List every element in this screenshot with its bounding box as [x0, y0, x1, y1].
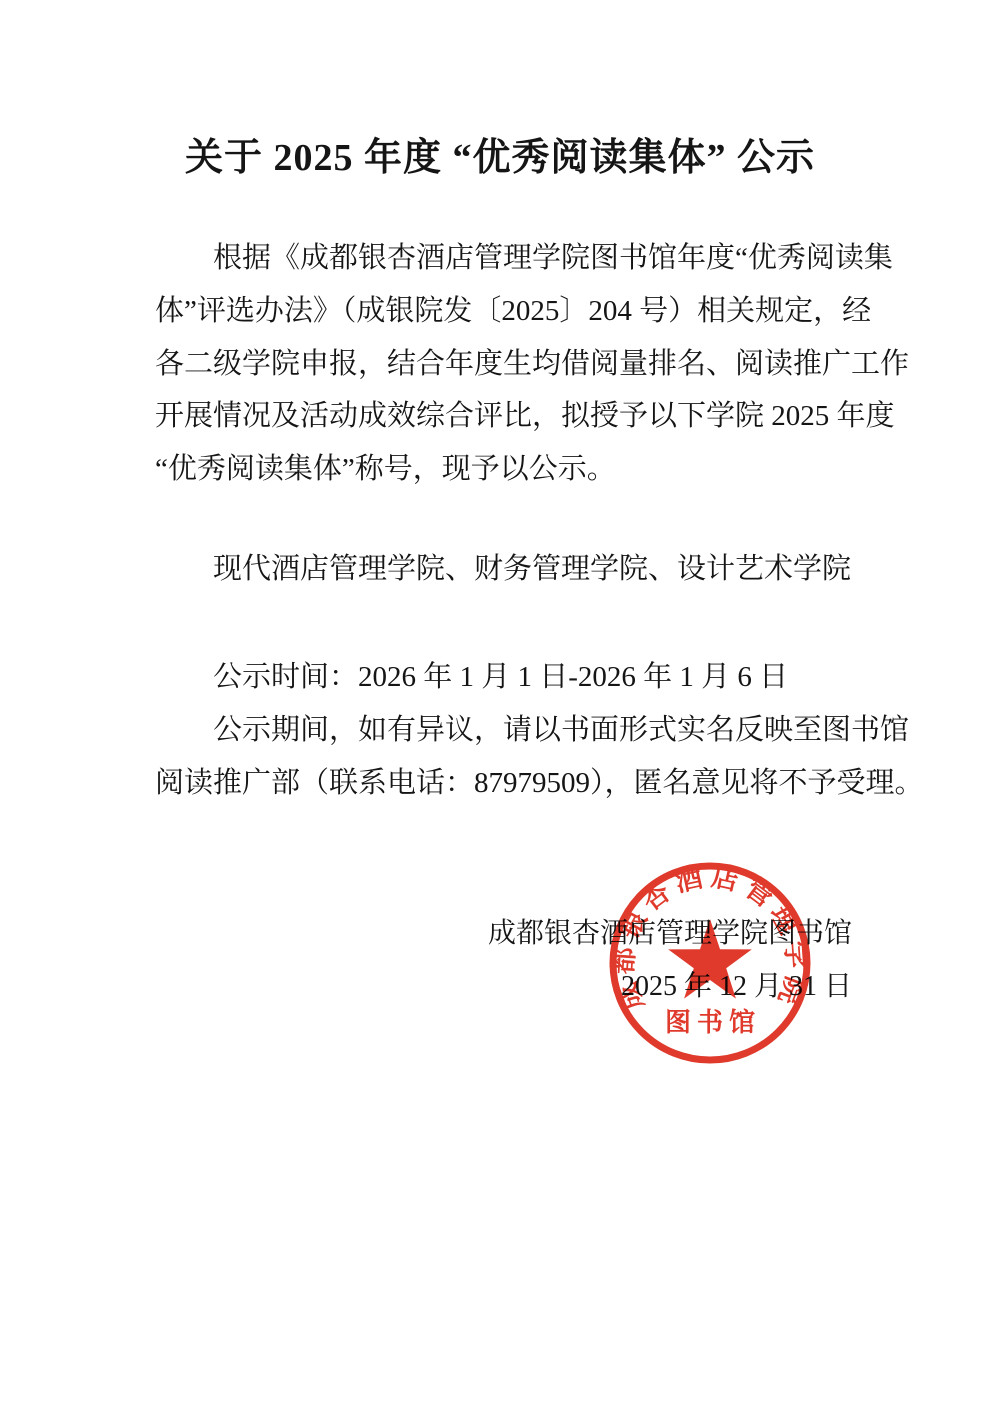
notice-contact-line: 阅读推广部（联系电话：87979509），匿名意见将不予受理。 — [155, 757, 855, 810]
paragraph-line: “优秀阅读集体”称号，现予以公示。 — [155, 443, 855, 496]
page-title: 关于 2025 年度 “优秀阅读集体” 公示 — [0, 136, 1000, 182]
intro-paragraph: 根据《成都银杏酒店管理学院图书馆年度“优秀阅读集 体”评选办法》（成银院发〔20… — [155, 232, 855, 496]
paragraph-line: 根据《成都银杏酒店管理学院图书馆年度“优秀阅读集 — [155, 232, 855, 285]
awardee-line: 现代酒店管理学院、财务管理学院、设计艺术学院 — [155, 543, 855, 596]
official-seal: 成都银杏酒店管理学院 图书馆 — [605, 858, 815, 1068]
paragraph-line: 开展情况及活动成效综合评比，拟授予以下学院 2025 年度 — [155, 390, 855, 443]
announcement-page: 关于 2025 年度 “优秀阅读集体” 公示 根据《成都银杏酒店管理学院图书馆年… — [0, 0, 1000, 1414]
seal-star-icon — [668, 919, 752, 999]
awardee-list: 现代酒店管理学院、财务管理学院、设计艺术学院 — [155, 543, 855, 596]
seal-bottom-text: 图书馆 — [665, 1007, 761, 1037]
paragraph-line: 各二级学院申报，结合年度生均借阅量排名、阅读推广工作 — [155, 338, 855, 391]
paragraph-line: 体”评选办法》（成银院发〔2025〕204 号）相关规定，经 — [155, 285, 855, 338]
notice-paragraph: 公示时间：2026 年 1 月 1 日-2026 年 1 月 6 日 公示期间，… — [155, 651, 855, 809]
notice-period-line: 公示时间：2026 年 1 月 1 日-2026 年 1 月 6 日 — [155, 651, 855, 704]
notice-objection-line: 公示期间，如有异议，请以书面形式实名反映至图书馆 — [155, 704, 855, 757]
